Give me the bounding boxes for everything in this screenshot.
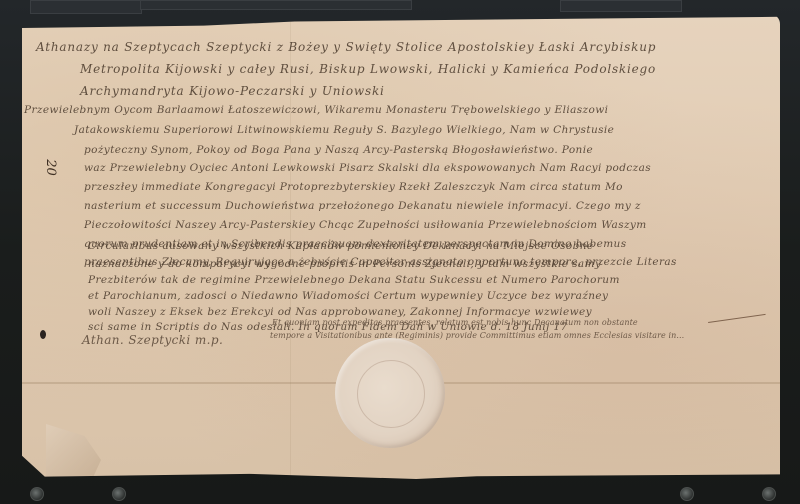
body-line: Przewielebnym Oycom Barlaamowi Łatoszewi… <box>24 104 608 116</box>
body-line: Prezbiterów tak de regimine Przewielebne… <box>88 274 620 286</box>
body-line: Pieczołowitości Naszey Arcy-Pasterskiey … <box>84 219 647 231</box>
margin-folio-number: 20 <box>43 159 58 176</box>
ink-blot <box>40 330 46 339</box>
body-line: nasterium et successum Duchowieństwa prz… <box>84 200 641 212</box>
postscript-line: tempore a Visitationibus ante (Regiminis… <box>270 331 684 340</box>
header-line: Athanazy na Szeptycach Szeptycki z Bożey… <box>36 40 656 54</box>
body-line: przeszłey immediate Kongregacyi Protopre… <box>84 181 623 193</box>
body-line: naznaczone y do komparycyi wygodne propr… <box>88 258 601 270</box>
mount-tab-center <box>140 0 412 10</box>
body-line: woli Naszey z Eksek bez Erekcyi od Nas a… <box>88 306 592 318</box>
mount-clip <box>680 487 694 501</box>
body-line: Jatakowskiemu Superiorowi Litwinowskiemu… <box>74 124 614 136</box>
mount-tab-right <box>560 0 682 12</box>
postscript-line: Et quoniam post expeditas praesentes, re… <box>272 318 638 327</box>
mount-clip <box>762 487 776 501</box>
embossed-seal <box>335 338 445 448</box>
body-line: et Parochianum, zadosci o Niedawno Wiado… <box>88 290 608 302</box>
mount-tab-left <box>30 0 142 14</box>
header-line: Metropolita Kijowski y całey Rusi, Bisku… <box>80 62 656 76</box>
mount-clip <box>30 487 44 501</box>
signature: Athan. Szeptycki m.p. <box>82 333 223 347</box>
body-line: waz Przewielebny Oyciec Antoni Lewkowski… <box>84 162 651 174</box>
body-line: Circularibus ausowany wszystkich Kapłanó… <box>88 240 594 252</box>
torn-corner <box>46 424 101 484</box>
seal-emblem <box>357 360 425 428</box>
header-line: Archymandryta Kijowo-Peczarski y Uniowsk… <box>80 84 385 98</box>
body-line: pożyteczny Synom, Pokoy od Boga Pana y N… <box>84 144 593 156</box>
mount-clip <box>112 487 126 501</box>
